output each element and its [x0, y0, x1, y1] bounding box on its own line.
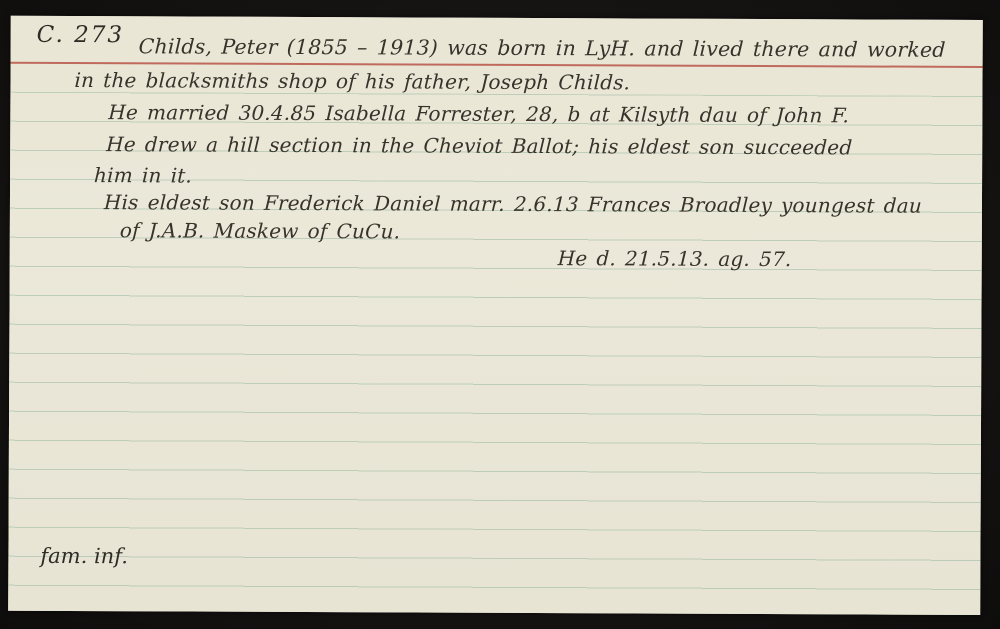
handwritten-line: His eldest son Frederick Daniel marr. 2.…: [103, 190, 922, 218]
handwritten-line: Childs, Peter (1855 – 1913) was born in …: [138, 34, 946, 62]
handwritten-line: him in it.: [94, 163, 193, 187]
red-rule-line: [11, 62, 983, 68]
card-number: C. 273: [37, 22, 124, 48]
handwritten-line: in the blacksmiths shop of his father, J…: [74, 68, 631, 94]
handwritten-line: He drew a hill section in the Cheviot Ba…: [106, 132, 853, 159]
handwritten-line: He d. 21.5.13. ag. 57.: [557, 246, 792, 271]
index-card: C. 273 Childs, Peter (1855 – 1913) was b…: [8, 16, 983, 615]
handwritten-line: He married 30.4.85 Isabella Forrester, 2…: [108, 100, 850, 127]
source-note: fam. inf.: [40, 544, 128, 568]
handwritten-line: of J.A.B. Maskew of CuCu.: [119, 218, 400, 243]
